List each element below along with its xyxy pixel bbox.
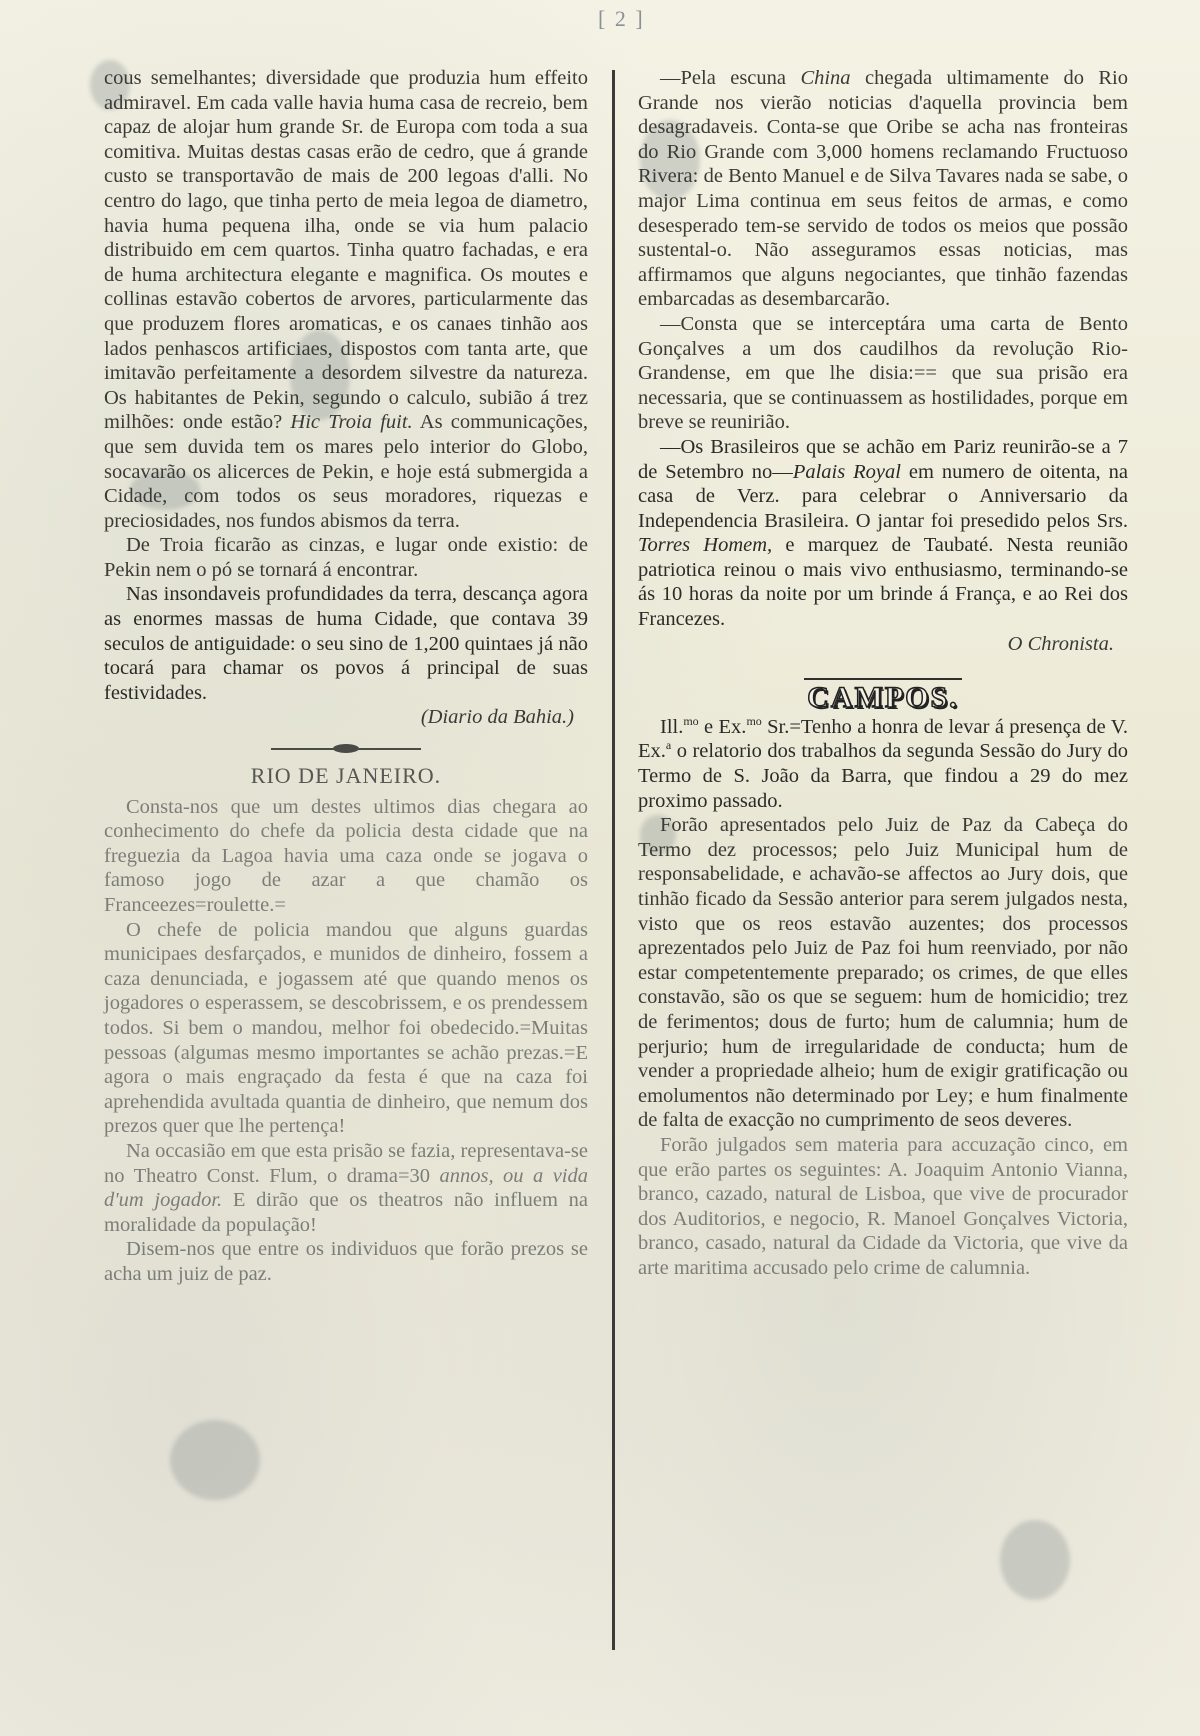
newspaper-page: [ 2 ] cous semelhantes; diversidade que … <box>0 0 1200 1736</box>
article-text: Disem-nos que entre os individuos que fo… <box>104 1238 588 1285</box>
signature: O Chronista. <box>638 632 1128 657</box>
article-paragraph: Forão apresentados pelo Juiz de Paz da C… <box>638 813 1128 1133</box>
section-title-rio: RIO DE JANEIRO. <box>104 764 588 789</box>
venue-name: Palais Royal <box>793 461 901 483</box>
water-stain <box>170 1420 260 1500</box>
salutation-text: Ill. <box>660 716 683 738</box>
news-text: —Pela escuna <box>660 67 800 89</box>
water-stain <box>1000 1520 1070 1600</box>
news-item: —Consta que se interceptára uma carta de… <box>638 312 1128 435</box>
article-text: Forão apresentados pelo Juiz de Paz da C… <box>638 814 1128 1131</box>
news-item: —Pela escuna China chegada ultimamente d… <box>638 66 1128 312</box>
article-paragraph: O chefe de policia mandou que alguns gua… <box>104 918 588 1139</box>
left-column: cous semelhantes; diversidade que produz… <box>104 66 588 1287</box>
ship-name: China <box>800 67 850 89</box>
right-column: —Pela escuna China chegada ultimamente d… <box>638 66 1128 1281</box>
salutation-text: o relatorio dos trabalhos da segunda Ses… <box>638 740 1128 811</box>
article-text: cous semelhantes; diversidade que produz… <box>104 67 588 433</box>
superscript: mo <box>746 714 761 728</box>
news-item: —Os Brasileiros que se achão em Pariz re… <box>638 435 1128 632</box>
article-paragraph: Disem-nos que entre os individuos que fo… <box>104 1237 588 1286</box>
article-paragraph: cous semelhantes; diversidade que produz… <box>104 66 588 533</box>
news-text: —Consta que se interceptára uma carta de… <box>638 313 1128 433</box>
article-paragraph: Nas insondaveis profundidades da terra, … <box>104 582 588 705</box>
column-divider <box>612 70 615 1650</box>
article-text: Consta-nos que um destes ultimos dias ch… <box>104 796 588 916</box>
source-attribution: (Diario da Bahia.) <box>104 705 588 730</box>
article-paragraph: Na occasião em que esta prisão se fazia,… <box>104 1139 588 1237</box>
article-text: Nas insondaveis profundidades da terra, … <box>104 583 588 703</box>
article-paragraph: Forão julgados sem materia para accuzaçã… <box>638 1133 1128 1281</box>
section-title-campos: CAMPOS. <box>638 686 1128 711</box>
ornament-divider <box>271 744 421 754</box>
section-rule <box>804 678 962 680</box>
article-text: De Troia ficarão as cinzas, e lugar onde… <box>104 534 588 581</box>
article-paragraph: De Troia ficarão as cinzas, e lugar onde… <box>104 533 588 582</box>
salutation-paragraph: Ill.mo e Ex.mo Sr.=Tenho a honra de leva… <box>638 715 1128 813</box>
salutation-text: e Ex. <box>699 716 747 738</box>
article-paragraph: Consta-nos que um destes ultimos dias ch… <box>104 795 588 918</box>
page-number: [ 2 ] <box>598 6 645 32</box>
article-text: O chefe de policia mandou que alguns gua… <box>104 919 588 1138</box>
latin-quote: Hic Troia fuit. <box>290 411 412 433</box>
superscript: mo <box>683 714 698 728</box>
article-text: Forão julgados sem materia para accuzaçã… <box>638 1134 1128 1279</box>
person-names: Torres Homem, <box>638 534 772 556</box>
news-text: chegada ultimamente do Rio Grande nos vi… <box>638 67 1128 310</box>
